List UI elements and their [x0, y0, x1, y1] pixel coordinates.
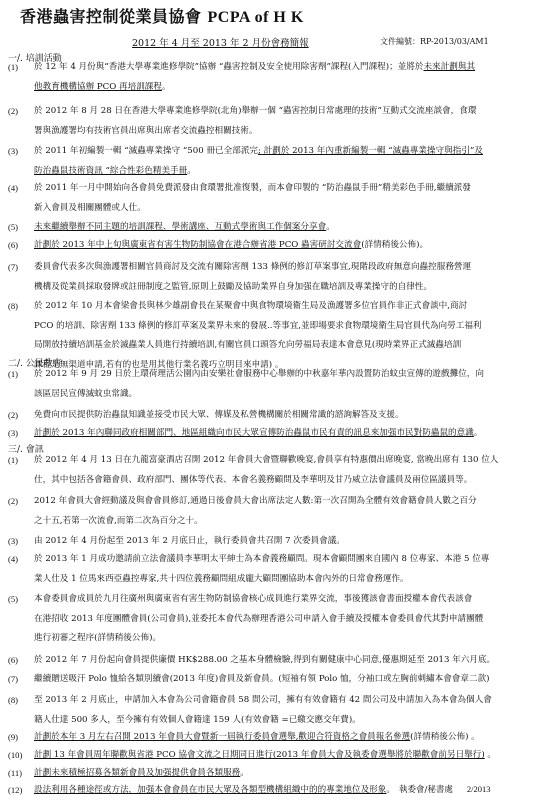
- list-item: (4)於 2011 年一月中開始向各會員免費派發由食環署批准復製，而本會印製的 …: [8, 179, 544, 218]
- text-segment: 業人仕及 1 位馬來西亞蟲控專家,共十四位義務顧問組成龐大顧問團協助本會內外的日…: [34, 574, 409, 584]
- item-text: 委員會代表多次與漁護署相關官員商討及交流有關除害劑 133 條例的修訂草案事宜,…: [34, 258, 544, 297]
- item-number: (1): [8, 58, 32, 78]
- list-item: (1)於 2012 年 4 月 13 日在九龍富豪酒店召開 2012 年會員大會…: [8, 451, 544, 490]
- underlined-text: 未來繼續舉辦不同主題的培訓課程、學術講座、互動式學術與工作個案分享會: [34, 222, 326, 232]
- text-line: 未來繼續舉辦不同主題的培訓課程、學術講座、互動式學術與工作個案分享會。: [34, 218, 544, 238]
- text-line: 業人仕及 1 位馬來西亞蟲控專家,共十四位義務顧問組成龐大顧問團協助本會內外的日…: [34, 570, 544, 590]
- text-line: 2012 年會員大會經動議及與會會員修訂,通過日後會員大會出席法定人數:第一次召…: [34, 492, 544, 512]
- text-segment: 該區居民宣傳滅蚊虫常識。: [34, 389, 137, 399]
- item-text: 計劃於本年 3 月左右召開 2013 年會員大會暨新一屆執行委員會選舉,歡迎合符…: [34, 728, 544, 748]
- item-text: 至 2013 年 2 月底止，申請加入本會為公司會籍會員 58 間公司，擁有有效…: [34, 691, 544, 730]
- text-line: 於 2012 年 8 月 28 日在香港大學專業進修學院(北角)舉辦一個 “蟲害…: [34, 102, 544, 122]
- item-text: 由 2012 年 4 月份起至 2013 年 2 月底日止，執行委員會共召開 7…: [34, 532, 544, 552]
- item-text: 計劃於 2013 年中上旬與廣東省有害生物防制協會在港合辦省港 PCO 蟲害研討…: [34, 236, 544, 256]
- text-segment: 。: [474, 428, 483, 438]
- text-segment: 籍人仕達 500 多人，至今擁有有效個人會籍達 159 人(有效會籍 =已繳交應…: [34, 715, 361, 725]
- list-item: (1)於 2012 年 9 月 29 日於上環荷理活公園內由安樂社會服務中心舉辦…: [8, 365, 544, 404]
- text-segment: 新入會員及相關團體或人仕。: [34, 203, 146, 213]
- text-line: 於 2012 年 9 月 29 日於上環荷理活公園內由安樂社會服務中心舉辦的中秋…: [34, 365, 544, 385]
- item-number: (3): [8, 532, 32, 552]
- text-line: 機構及從業員採取發牌或註冊制度之監管,原則上鼓勵及協助業界自身加强在職培訓及專業…: [34, 278, 544, 298]
- text-line: 新入會員及相關團體或人仕。: [34, 199, 544, 219]
- text-segment: (詳情稍後公佈) 。: [410, 732, 480, 742]
- item-number: (4): [8, 550, 32, 570]
- text-segment: 本會委員會成員於九月往廣州與廣東省有害生物防制協會核心成員進行業界交流，事後獲該…: [34, 594, 472, 604]
- item-text: 繼續贈送吸汗 Polo 恤給各類別續會(2013 年度)會員及新會員。(短袖有領…: [34, 670, 544, 690]
- item-number: (9): [8, 728, 32, 748]
- text-line: 於 2012 年 10 月本會梁會長與林少雄副會長在某聚會中與食物環境衛生局及漁…: [34, 297, 544, 317]
- text-line: 仕，其中包括各會籍會員、政府部門、團体等代表、本會名義務顧問及李華明及甘乃威立法…: [34, 471, 544, 491]
- item-number: (3): [8, 142, 32, 162]
- item-text: 2012 年會員大會經動議及與會會員修訂,通過日後會員大會出席法定人數:第一次召…: [34, 492, 544, 531]
- text-segment: 。: [240, 768, 249, 778]
- text-line: 由 2012 年 4 月份起至 2013 年 2 月底日止，執行委員會共召開 7…: [34, 532, 544, 552]
- text-segment: 。: [187, 166, 196, 176]
- text-line: 委員會代表多次與漁護署相關官員商討及交流有關除害劑 133 條例的修訂草案事宜,…: [34, 258, 544, 278]
- text-line: 在港招收 2013 年度團體會員(公司會員),並委托本會代為辦理香港公司申請入會…: [34, 610, 544, 630]
- item-number: (8): [8, 297, 32, 317]
- item-text: 於 2011 年一月中開始向各會員免費派發由食環署批准復製，而本會印製的 “防治…: [34, 179, 544, 218]
- text-line: 於 2012 年 4 月 13 日在九龍富豪酒店召開 2012 年會員大會暨聯歡…: [34, 451, 544, 471]
- item-number: (12): [8, 781, 32, 801]
- item-number: (6): [8, 651, 32, 671]
- underlined-text: 計劃於本年 3 月左右召開 2013 年會員大會暨新一屆執行委員會選舉,歡迎合符…: [34, 732, 410, 742]
- text-segment: 於 2012 年 8 月 28 日在香港大學專業進修學院(北角)舉辦一個 “蟲害…: [34, 106, 476, 116]
- text-segment: 。: [162, 82, 171, 92]
- item-text: 於 2011 年初編製一輯 “滅蟲專業操守 “500 冊已全部派完; 計劃於 2…: [34, 142, 544, 181]
- text-segment: 於 12 年 4 月份與“香港大學專業進修學院”協辦 “蟲害控制及安全使用除害劑…: [34, 62, 424, 72]
- text-segment: 進行初審之程序(詳情稍後公佈)。: [34, 633, 161, 643]
- text-line: 於 2012 年 7 月份起向會員提供廉價 HK$288.00 之基本身體檢驗,…: [34, 651, 544, 671]
- list-item: (5)未來繼續舉辦不同主題的培訓課程、學術講座、互動式學術與工作個案分享會。: [8, 218, 544, 238]
- footer-signature: 執委會/秘書處2/2013: [399, 783, 491, 795]
- item-text: 免費向市民提供防治蟲鼠知識並接受市民大眾、傳媒及私營機構關於相關常識的諮詢解答及…: [34, 406, 544, 426]
- list-item: (3)於 2011 年初編製一輯 “滅蟲專業操守 “500 冊已全部派完; 計劃…: [8, 142, 544, 181]
- list-item: (1)於 12 年 4 月份與“香港大學專業進修學院”協辦 “蟲害控制及安全使用…: [8, 58, 544, 97]
- text-segment: 局開放持續培訓基金於滅蟲業人員進行持續培訓,有關官員口頭答允向勞福局表達本會意見…: [34, 340, 461, 350]
- list-item: (3)計劃於 2013 年內聯同政府相關部門、地區組織向市民大眾宣傳防治蟲鼠市民…: [8, 424, 544, 444]
- underlined-text: 計劃於 2013 年中上旬與廣東省有害生物防制協會在港合辦省港 PCO 蟲害研討…: [34, 240, 361, 250]
- text-segment: 之十五,若第一次流會,而第二次為百分之十。: [34, 516, 203, 526]
- text-segment: 於 2011 年初編製一輯 “滅蟲專業操守 “500 冊已全部派完: [34, 146, 258, 156]
- item-text: 本會委員會成員於九月往廣州與廣東省有害生物防制協會核心成員進行業界交流，事後獲該…: [34, 590, 544, 649]
- text-segment: 2012 年會員大會經動議及與會會員修訂,通過日後會員大會出席法定人數:第一次召…: [34, 496, 477, 506]
- text-line: 他教育機構協辦 PCO 再培訓課程。: [34, 78, 544, 98]
- item-number: (3): [8, 424, 32, 444]
- text-line: 於 2011 年初編製一輯 “滅蟲專業操守 “500 冊已全部派完; 計劃於 2…: [34, 142, 544, 162]
- list-item: (8)於 2012 年 10 月本會梁會長與林少雄副會長在某聚會中與食物環境衛生…: [8, 297, 544, 375]
- item-number: (2): [8, 492, 32, 512]
- footer-date: 2/2013: [467, 784, 491, 794]
- underlined-text: ; 計劃於 2013 年內重新編製一輯 “滅蟲專業操守與指引”及: [258, 146, 483, 156]
- item-number: (4): [8, 179, 32, 199]
- org-title: 香港蟲害控制從業員協會PCPA of H K: [20, 4, 304, 27]
- item-text: 於 2013 年 1 月成功邀請前立法會議員李華明太平紳士為本會義務顧問。現本會…: [34, 550, 544, 589]
- item-text: 於 2012 年 7 月份起向會員提供廉價 HK$288.00 之基本身體檢驗,…: [34, 651, 544, 671]
- list-item: (10)計劃 13 年會員周年聯歡與省港 PCO 協會文流之日期同日進行(201…: [8, 746, 544, 766]
- text-segment: 於 2013 年 1 月成功邀請前立法會議員李華明太平紳士為本會義務顧問。現本會…: [34, 554, 489, 564]
- item-number: (2): [8, 102, 32, 122]
- text-line: PCO 的培訓、除害劑 133 條例的修訂草案及業界未來的發展..等事宜,並即場…: [34, 317, 544, 337]
- text-segment: 在港招收 2013 年度團體會員(公司會員),並委托本會代為辦理香港公司申請入會…: [34, 614, 483, 624]
- text-segment: 。: [386, 785, 395, 795]
- item-text: 計劃 13 年會員周年聯歡與省港 PCO 協會文流之日期同日進行(2013 年會…: [34, 746, 544, 766]
- text-segment: 免費向市民提供防治蟲鼠知識並接受市民大眾、傳媒及私營機構關於相關常識的諮詢解答及…: [34, 410, 404, 420]
- list-item: (2)於 2012 年 8 月 28 日在香港大學專業進修學院(北角)舉辦一個 …: [8, 102, 544, 141]
- text-segment: 繼續贈送吸汗 Polo 恤給各類別續會(2013 年度)會員及新會員。(短袖有領…: [34, 674, 490, 684]
- item-number: (1): [8, 451, 32, 471]
- signature-text: 執委會/秘書處: [399, 785, 453, 795]
- text-line: 至 2013 年 2 月底止，申請加入本會為公司會籍會員 58 間公司，擁有有效…: [34, 691, 544, 711]
- text-line: 於 12 年 4 月份與“香港大學專業進修學院”協辦 “蟲害控制及安全使用除害劑…: [34, 58, 544, 78]
- text-segment: 由 2012 年 4 月份起至 2013 年 2 月底日止，執行委員會共召開 7…: [34, 536, 345, 546]
- underlined-text: 設法利用各種途徑或方法，加强本會會員在市民大眾及各類型機構組織中的的專業地位及形…: [34, 785, 386, 795]
- item-text: 於 2012 年 8 月 28 日在香港大學專業進修學院(北角)舉辦一個 “蟲害…: [34, 102, 544, 141]
- list-item: (6)於 2012 年 7 月份起向會員提供廉價 HK$288.00 之基本身體…: [8, 651, 544, 671]
- list-item: (4)於 2013 年 1 月成功邀請前立法會議員李華明太平紳士為本會義務顧問。…: [8, 550, 544, 589]
- text-segment: 於 2012 年 9 月 29 日於上環荷理活公園內由安樂社會服務中心舉辦的中秋…: [34, 369, 484, 379]
- text-line: 於 2011 年一月中開始向各會員免費派發由食環署批准復製，而本會印製的 “防治…: [34, 179, 544, 199]
- list-item: (9)計劃於本年 3 月左右召開 2013 年會員大會暨新一屆執行委員會選舉,歡…: [8, 728, 544, 748]
- item-number: (10): [8, 746, 32, 766]
- item-number: (2): [8, 406, 32, 426]
- text-segment: 機構及從業員採取發牌或註冊制度之監管,原則上鼓勵及協助業界自身加强在職培訓及專業…: [34, 282, 432, 292]
- text-line: 繼續贈送吸汗 Polo 恤給各類別續會(2013 年度)會員及新會員。(短袖有領…: [34, 670, 544, 690]
- text-segment: 於 2012 年 7 月份起向會員提供廉價 HK$288.00 之基本身體檢驗,…: [34, 655, 495, 665]
- item-number: (7): [8, 258, 32, 278]
- item-number: (1): [8, 365, 32, 385]
- text-line: 之十五,若第一次流會,而第二次為百分之十。: [34, 512, 544, 532]
- document-reference-number: 文件編號：RP-2013/03/AM1: [380, 36, 489, 47]
- underlined-text: 未來計劃與其: [424, 62, 476, 72]
- text-segment: 於 2011 年一月中開始向各會員免費派發由食環署批准復製，而本會印製的 “防治…: [34, 183, 471, 193]
- text-line: 計劃 13 年會員周年聯歡與省港 PCO 協會文流之日期同日進行(2013 年會…: [34, 746, 544, 766]
- list-item: (5)本會委員會成員於九月往廣州與廣東省有害生物防制協會核心成員進行業界交流，事…: [8, 590, 544, 649]
- text-segment: 於 2012 年 10 月本會梁會長與林少雄副會長在某聚會中與食物環境衛生局及漁…: [34, 301, 467, 311]
- text-segment: (詳情稍後公佈)。: [361, 240, 428, 250]
- text-line: 計劃於 2013 年內聯同政府相關部門、地區組織向市民大眾宣傳防治蟲鼠市民有責的…: [34, 424, 544, 444]
- text-line: 免費向市民提供防治蟲鼠知識並接受市民大眾、傳媒及私營機構關於相關常識的諮詢解答及…: [34, 406, 544, 426]
- list-item: (3)由 2012 年 4 月份起至 2013 年 2 月底日止，執行委員會共召…: [8, 532, 544, 552]
- text-segment: 於 2012 年 4 月 13 日在九龍富豪酒店召開 2012 年會員大會暨聯歡…: [34, 455, 498, 465]
- underlined-text: 計劃 13 年會員周年聯歡與省港 PCO 協會文流之日期同日進行(2013 年會…: [34, 750, 485, 760]
- item-text: 於 2012 年 4 月 13 日在九龍富豪酒店召開 2012 年會員大會暨聯歡…: [34, 451, 544, 490]
- item-text: 於 2012 年 10 月本會梁會長與林少雄副會長在某聚會中與食物環境衛生局及漁…: [34, 297, 544, 375]
- item-text: 於 2012 年 9 月 29 日於上環荷理活公園內由安樂社會服務中心舉辦的中秋…: [34, 365, 544, 404]
- list-item: (7)繼續贈送吸汗 Polo 恤給各類別續會(2013 年度)會員及新會員。(短…: [8, 670, 544, 690]
- list-item: (2)2012 年會員大會經動議及與會會員修訂,通過日後會員大會出席法定人數:第…: [8, 492, 544, 531]
- underlined-text: 計劃於 2013 年內聯同政府相關部門、地區組織向市民大眾宣傳防治蟲鼠市民有責的…: [34, 428, 474, 438]
- org-name-zh: 香港蟲害控制從業員協會: [20, 7, 202, 26]
- text-line: 計劃於 2013 年中上旬與廣東省有害生物防制協會在港合辦省港 PCO 蟲害研討…: [34, 236, 544, 256]
- list-item: (8)至 2013 年 2 月底止，申請加入本會為公司會籍會員 58 間公司，擁…: [8, 691, 544, 730]
- text-segment: 署與漁護署均有技術官員出席與出席者交流蟲控相關技術。: [34, 126, 257, 136]
- item-number: (6): [8, 236, 32, 256]
- text-segment: 仕，其中包括各會籍會員、政府部門、團体等代表、本會名義務顧問及李華明及甘乃威立法…: [34, 475, 472, 485]
- list-item: (6)計劃於 2013 年中上旬與廣東省有害生物防制協會在港合辦省港 PCO 蟲…: [8, 236, 544, 256]
- list-item: (2)免費向市民提供防治蟲鼠知識並接受市民大眾、傳媒及私營機構關於相關常識的諮詢…: [8, 406, 544, 426]
- item-number: (5): [8, 218, 32, 238]
- document-page: 香港蟲害控制從業員協會PCPA of H K 2012 年 4 月至 2013 …: [0, 0, 550, 805]
- text-segment: PCO 的培訓、除害劑 133 條例的修訂草案及業界未來的發展..等事宜,並即場…: [34, 321, 482, 331]
- list-item: (7)委員會代表多次與漁護署相關官員商討及交流有關除害劑 133 條例的修訂草案…: [8, 258, 544, 297]
- text-line: 計劃於本年 3 月左右召開 2013 年會員大會暨新一屆執行委員會選舉,歡迎合符…: [34, 728, 544, 748]
- item-text: 於 12 年 4 月份與“香港大學專業進修學院”協辦 “蟲害控制及安全使用除害劑…: [34, 58, 544, 97]
- item-text: 計劃於 2013 年內聯同政府相關部門、地區組織向市民大眾宣傳防治蟲鼠市民有責的…: [34, 424, 544, 444]
- text-segment: 委員會代表多次與漁護署相關官員商討及交流有關除害劑 133 條例的修訂草案事宜,…: [34, 262, 471, 272]
- text-line: 進行初審之程序(詳情稍後公佈)。: [34, 629, 544, 649]
- item-number: (7): [8, 670, 32, 690]
- text-segment: 。: [326, 222, 335, 232]
- text-line: 署與漁護署均有技術官員出席與出席者交流蟲控相關技術。: [34, 122, 544, 142]
- text-line: 於 2013 年 1 月成功邀請前立法會議員李華明太平紳士為本會義務顧問。現本會…: [34, 550, 544, 570]
- document-heading: 2012 年 4 月至 2013 年 2 月份會務簡報: [132, 35, 309, 49]
- item-text: 未來繼續舉辦不同主題的培訓課程、學術講座、互動式學術與工作個案分享會。: [34, 218, 544, 238]
- underlined-text: 計劃未來積極招募各類新會員及加强提供會員各類服務: [34, 768, 240, 778]
- item-number: (5): [8, 590, 32, 610]
- underlined-text: 防治蟲鼠技術資訊 “綜合性彩色精美手冊: [34, 166, 187, 176]
- item-number: (8): [8, 691, 32, 711]
- text-segment: 至 2013 年 2 月底止，申請加入本會為公司會籍會員 58 間公司，擁有有效…: [34, 695, 492, 705]
- text-line: 本會委員會成員於九月往廣州與廣東省有害生物防制協會核心成員進行業界交流，事後獲該…: [34, 590, 544, 610]
- underlined-text: 他教育機構協辦 PCO 再培訓課程: [34, 82, 162, 92]
- text-line: 該區居民宣傳滅蚊虫常識。: [34, 385, 544, 405]
- text-line: 局開放持續培訓基金於滅蟲業人員進行持續培訓,有關官員口頭答允向勞福局表達本會意見…: [34, 336, 544, 356]
- text-segment: 。: [485, 750, 496, 760]
- org-name-en: PCPA of H K: [208, 9, 304, 26]
